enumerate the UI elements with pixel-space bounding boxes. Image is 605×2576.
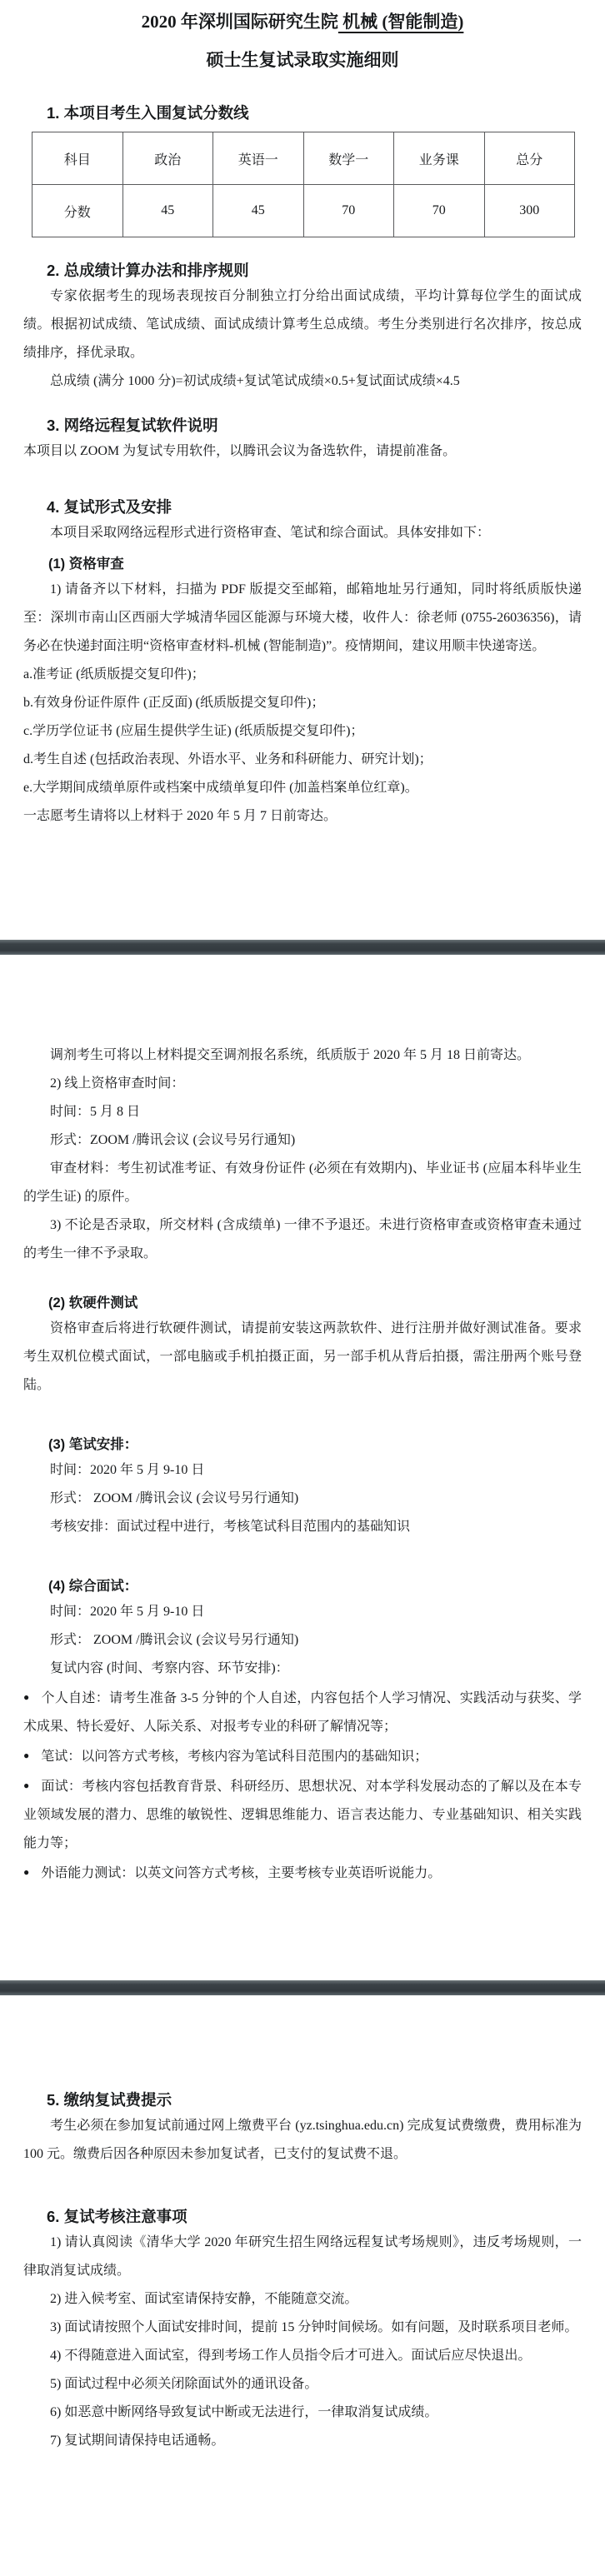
table-cell: 分数 (32, 185, 123, 237)
written-test-time: 时间：2020 年 5 月 9-10 日 (23, 1456, 582, 1485)
notice-item: 7) 复试期间请保持电话通畅。 (23, 2427, 582, 2455)
paragraph: 3) 不论是否录取，所交材料 (含成绩单) 一律不予退还。未进行资格审查或资格审… (23, 1211, 582, 1268)
paragraph: 考生必须在参加复试前通过网上缴费平台 (yz.tsinghua.edu.cn) … (23, 2112, 582, 2169)
section-6-heading: 6. 复试考核注意事项 (23, 2205, 582, 2229)
section-5-heading: 5. 缴纳复试费提示 (23, 2089, 582, 2112)
page-break-separator (0, 1980, 605, 1995)
list-item: 外语能力测试：以英文问答方式考核，主要考核专业英语听说能力。 (23, 1858, 582, 1888)
review-format: 形式：ZOOM /腾讯会议 (会议号另行通知) (23, 1126, 582, 1155)
notice-item: 6) 如恶意中断网络导致复试中断或无法进行，一律取消复试成绩。 (23, 2399, 582, 2427)
table-header-cell: 政治 (122, 132, 213, 185)
material-item-e: e.大学期间成绩单原件或档案中成绩单复印件 (加盖档案单位红章)。 (23, 774, 582, 802)
table-header-cell: 英语一 (213, 132, 304, 185)
table-cell: 70 (394, 185, 485, 237)
material-item-a: a.准考证 (纸质版提交复印件)； (23, 661, 582, 689)
title-text: 2020 年深圳国际研究生院 (142, 12, 338, 32)
page-break-separator (0, 940, 605, 955)
paragraph: 调剂考生可将以上材料提交至调剂报名系统，纸质版于 2020 年 5 月 18 日… (23, 1041, 582, 1070)
subsection-3-heading: (3) 笔试安排： (23, 1433, 582, 1456)
paragraph: 1) 请备齐以下材料，扫描为 PDF 版提交至邮箱，邮箱地址另行通知，同时将纸质… (23, 576, 582, 661)
paragraph: 资格审查后将进行软硬件测试，请提前安装这两款软件、进行注册并做好测试准备。要求考… (23, 1315, 582, 1400)
notice-item: 2) 进入候考室、面试室请保持安静，不能随意交流。 (23, 2285, 582, 2314)
notice-item: 4) 不得随意进入面试室，得到考场工作人员指令后才可进入。面试后应尽快退出。 (23, 2342, 582, 2370)
subsection-4-heading: (4) 综合面试： (23, 1575, 582, 1598)
subsection-1-heading: (1) 资格审查 (23, 552, 582, 576)
table-score-row: 分数 45 45 70 70 300 (32, 185, 575, 237)
paragraph: 一志愿考生请将以上材料于 2020 年 5 月 7 日前寄达。 (23, 802, 582, 831)
interview-format: 形式： ZOOM /腾讯会议 (会议号另行通知) (23, 1626, 582, 1655)
table-cell: 45 (213, 185, 304, 237)
list-item: 个人自述：请考生准备 3-5 分钟的个人自述，内容包括个人学习情况、实践活动与获… (23, 1683, 582, 1741)
section-1-heading: 1. 本项目考生入围复试分数线 (23, 102, 582, 125)
interview-content-label: 复试内容 (时间、考察内容、环节安排)： (23, 1655, 582, 1683)
review-materials: 审查材料：考生初试准考证、有效身份证件 (必须在有效期内)、毕业证书 (应届本科… (23, 1155, 582, 1211)
table-header-row: 科目 政治 英语一 数学一 业务课 总分 (32, 132, 575, 185)
paragraph: 专家依据考生的现场表现按百分制独立打分给出面试成绩，平均计算每位学生的面试成绩。… (23, 282, 582, 367)
document-page-1: 2020 年深圳国际研究生院 机械 (智能制造) 硕士生复试录取实施细则 1. … (0, 0, 605, 940)
review-time: 时间：5 月 8 日 (23, 1098, 582, 1126)
table-cell: 70 (303, 185, 394, 237)
written-test-arrangement: 考核安排：面试过程中进行，考核笔试科目范围内的基础知识 (23, 1513, 582, 1541)
material-item-b: b.有效身份证件原件 (正反面) (纸质版提交复印件)； (23, 689, 582, 717)
table-header-cell: 科目 (32, 132, 123, 185)
paragraph: 本项目采取网络远程形式进行资格审查、笔试和综合面试。具体安排如下： (23, 519, 582, 547)
subsection-2-heading: (2) 软硬件测试 (23, 1291, 582, 1315)
material-item-d: d.考生自述 (包括政治表现、外语水平、业务和科研能力、研究计划)； (23, 746, 582, 774)
paragraph: 2) 线上资格审查时间： (23, 1070, 582, 1098)
section-2-heading: 2. 总成绩计算办法和排序规则 (23, 259, 582, 282)
document-title-line-1: 2020 年深圳国际研究生院 机械 (智能制造) (23, 5, 582, 38)
written-test-format: 形式： ZOOM /腾讯会议 (会议号另行通知) (23, 1485, 582, 1513)
table-cell: 300 (484, 185, 575, 237)
section-3-heading: 3. 网络远程复试软件说明 (23, 414, 582, 437)
interview-time: 时间：2020 年 5 月 9-10 日 (23, 1598, 582, 1626)
section-4-heading: 4. 复试形式及安排 (23, 496, 582, 519)
table-header-cell: 数学一 (303, 132, 394, 185)
list-item: 笔试：以问答方式考核，考核内容为笔试科目范围内的基础知识； (23, 1741, 582, 1771)
notice-item: 1) 请认真阅读《清华大学 2020 年研究生招生网络远程复试考场规则》，违反考… (23, 2229, 582, 2285)
document-page-2: 调剂考生可将以上材料提交至调剂报名系统，纸质版于 2020 年 5 月 18 日… (0, 955, 605, 1980)
list-item: 面试：考核内容包括教育背景、科研经历、思想状况、对本学科发展动态的了解以及在本专… (23, 1771, 582, 1858)
title-underlined-text: 机械 (智能制造) (338, 12, 464, 32)
table-header-cell: 业务课 (394, 132, 485, 185)
document-title-line-2: 硕士生复试录取实施细则 (23, 43, 582, 77)
paragraph: 本项目以 ZOOM 为复试专用软件，以腾讯会议为备选软件，请提前准备。 (23, 437, 582, 466)
notice-item: 5) 面试过程中必须关闭除面试外的通讯设备。 (23, 2370, 582, 2399)
material-item-c: c.学历学位证书 (应届生提供学生证) (纸质版提交复印件)； (23, 717, 582, 746)
table-cell: 45 (122, 185, 213, 237)
document-page-3: 5. 缴纳复试费提示 考生必须在参加复试前通过网上缴费平台 (yz.tsingh… (0, 1995, 605, 2576)
total-score-formula: 总成绩 (满分 1000 分)=初试成绩+复试笔试成绩×0.5+复试面试成绩×4… (23, 367, 582, 396)
table-header-cell: 总分 (484, 132, 575, 185)
score-line-table: 科目 政治 英语一 数学一 业务课 总分 分数 45 45 70 70 300 (32, 132, 575, 237)
notice-item: 3) 面试请按照个人面试安排时间，提前 15 分钟时间候场。如有问题，及时联系项… (23, 2314, 582, 2342)
